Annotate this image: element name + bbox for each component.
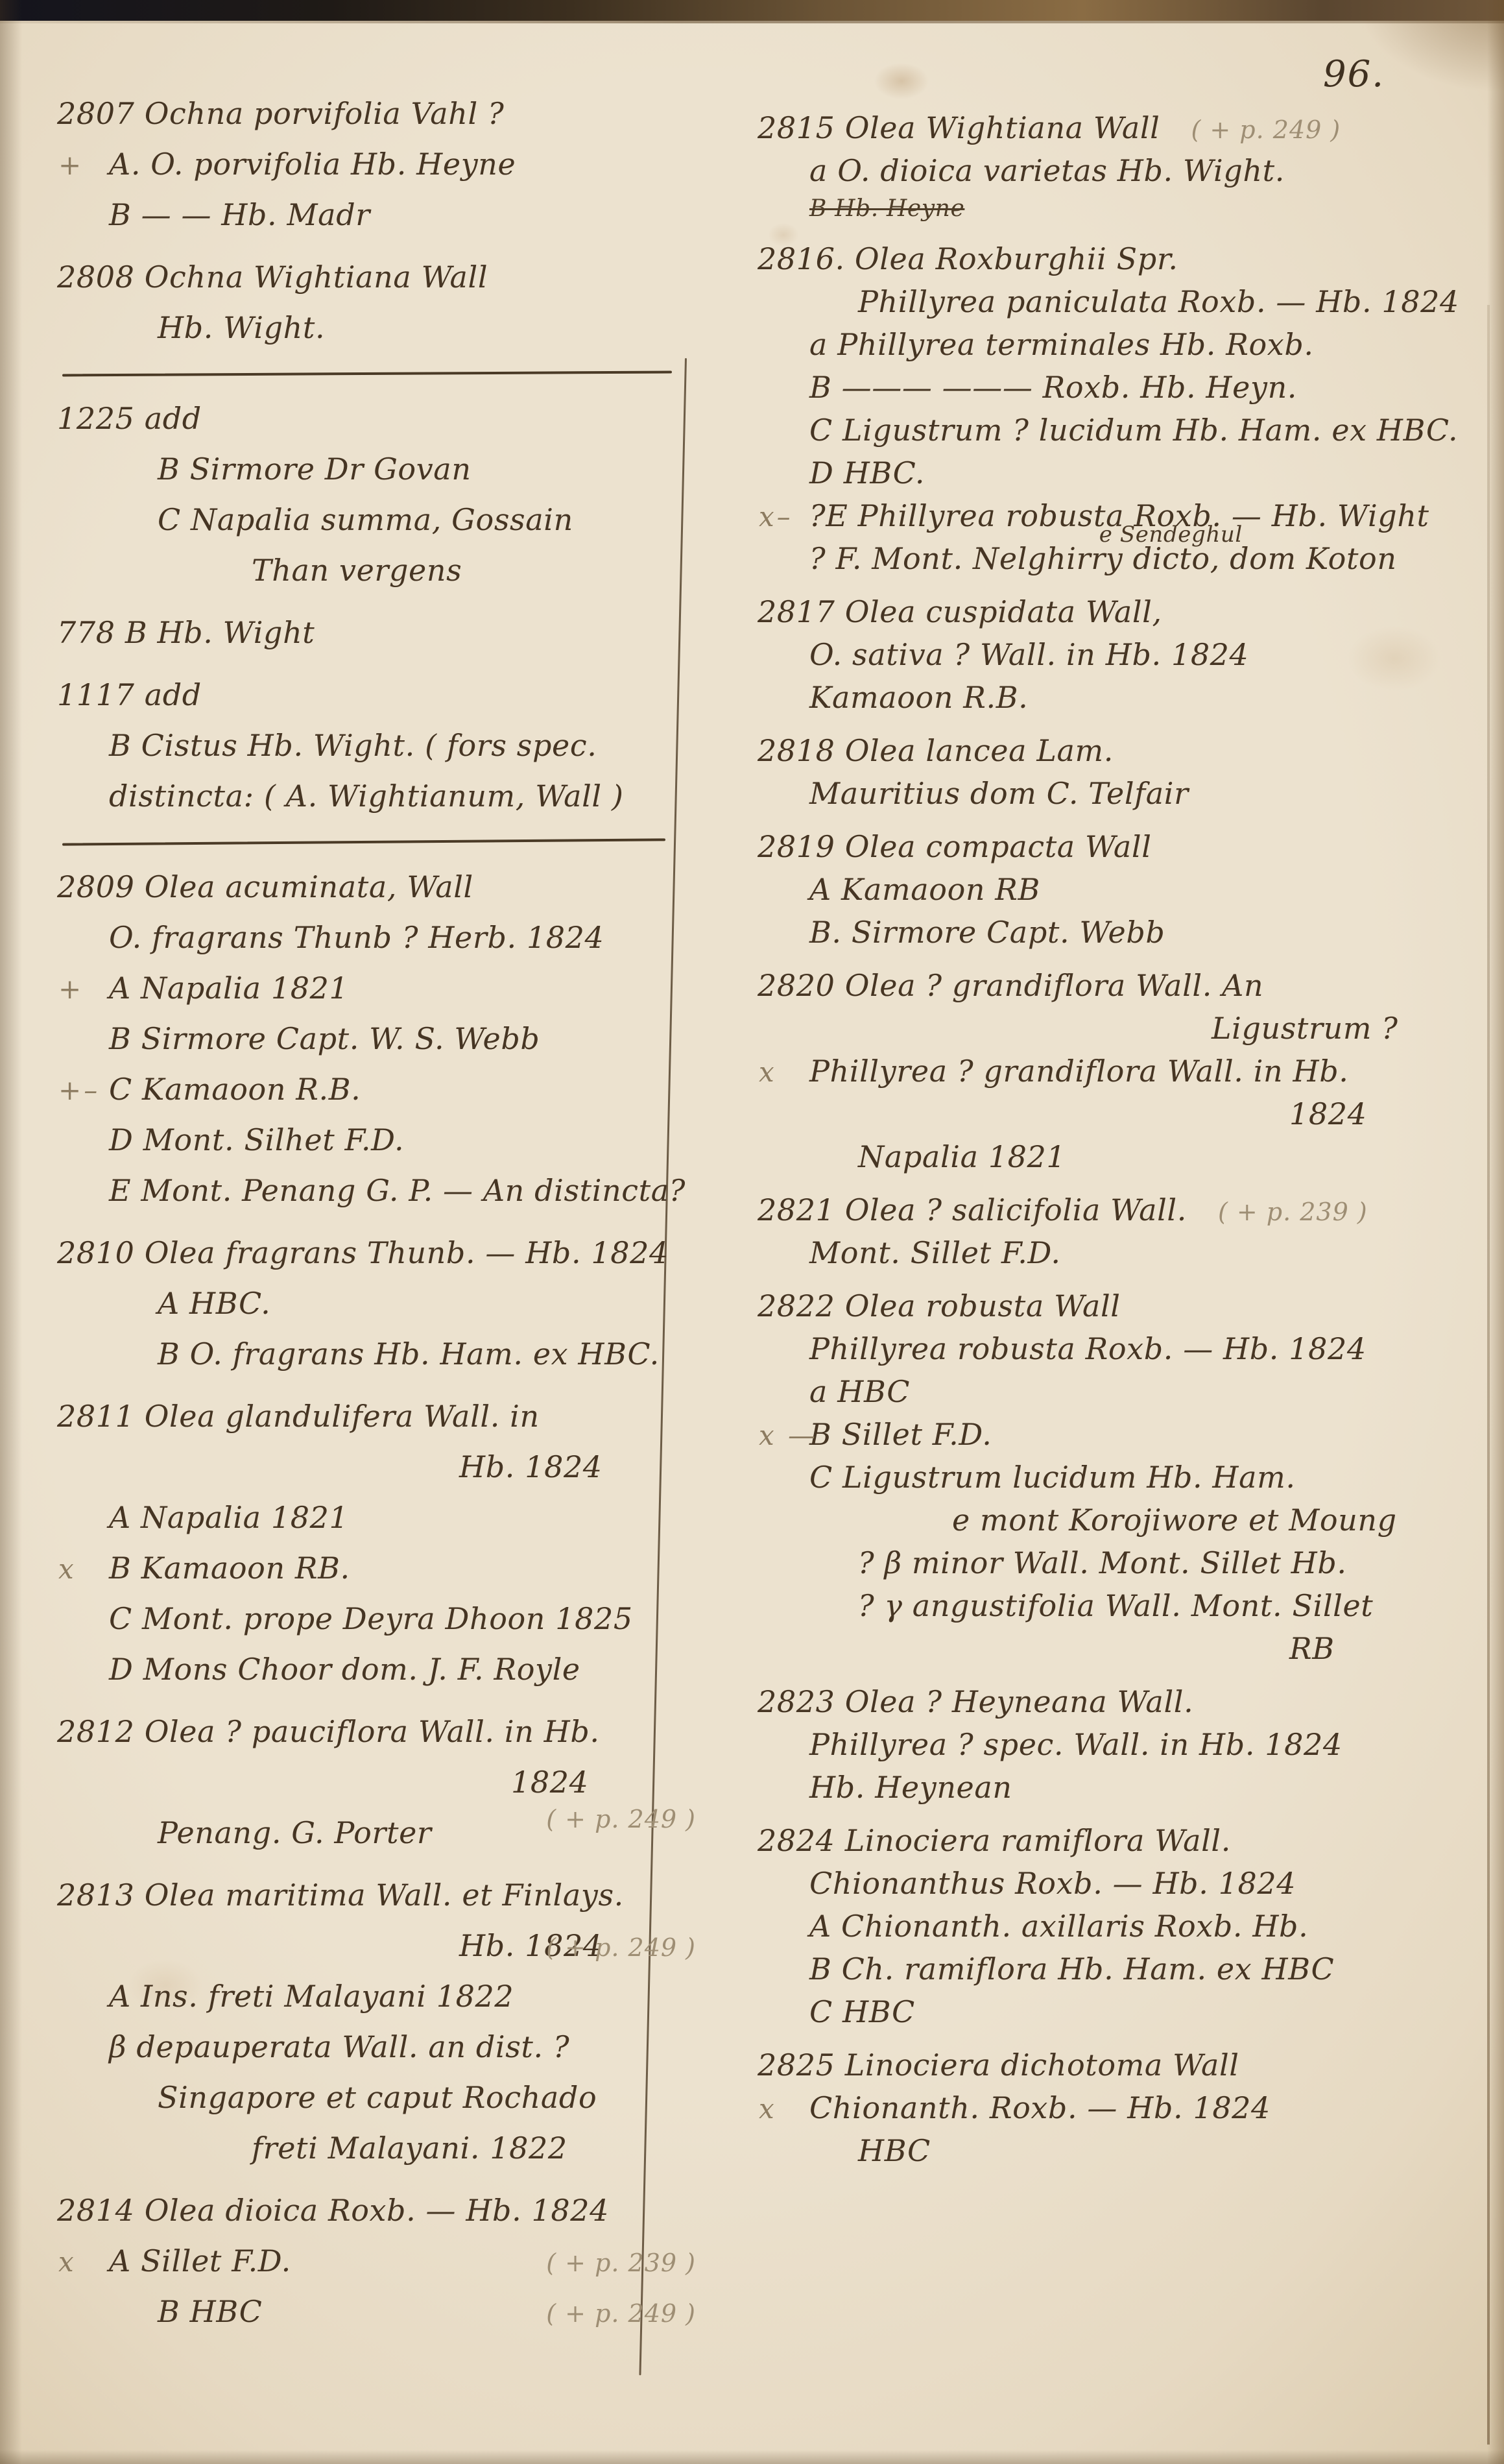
manuscript-page: 96. 2807 Ochna porvifolia Vahl ?+A. O. p… bbox=[0, 0, 1504, 2464]
line-text: A Napalia 1821 bbox=[109, 971, 348, 1006]
entry-line: β depauperata Wall. an dist. ? bbox=[57, 2029, 696, 2075]
entry-line: a Phillyrea terminales Hb. Roxb. bbox=[758, 327, 1500, 366]
entry-line: xA Sillet F.D.( + p. 239 ) bbox=[57, 2243, 696, 2289]
line-text: A Napalia 1821 bbox=[109, 1500, 348, 1535]
pencil-annotation: ( + p. 249 ) bbox=[546, 1933, 696, 1962]
catalog-entry: 2817 Olea cuspidata Wall,O. sativa ? Wal… bbox=[758, 594, 1500, 719]
line-text: B. Sirmore Capt. Webb bbox=[809, 915, 1165, 950]
catalog-entry: 2807 Ochna porvifolia Vahl ?+A. O. porvi… bbox=[57, 96, 696, 243]
entry-line: D HBC. bbox=[758, 455, 1500, 494]
line-text: B Kamaoon RB. bbox=[109, 1551, 350, 1586]
section-divider-rule bbox=[62, 838, 665, 845]
entry-line: 2810 Olea fragrans Thunb. — Hb. 1824 bbox=[57, 1235, 696, 1281]
line-text: 1824 bbox=[1289, 1096, 1367, 1131]
line-text: Mauritius dom C. Telfair bbox=[809, 776, 1189, 811]
entry-line: 2814 Olea dioica Roxb. — Hb. 1824 bbox=[57, 2193, 696, 2238]
line-text: 2813 Olea maritima Wall. et Finlays. bbox=[57, 1878, 624, 1913]
line-text: C Napalia summa, Gossain bbox=[158, 502, 573, 537]
left-column: 2807 Ochna porvifolia Vahl ?+A. O. porvi… bbox=[57, 96, 696, 2356]
entry-line: O. fragrans Thunb ? Herb. 1824 bbox=[57, 920, 696, 965]
catalog-entry: 2825 Linociera dichotoma WallxChionanth.… bbox=[758, 2047, 1500, 2172]
entry-line: B Hb. Heyne bbox=[758, 188, 1500, 227]
line-text: B HBC bbox=[158, 2294, 262, 2329]
catalog-entry: 2818 Olea lancea Lam.Mauritius dom C. Te… bbox=[758, 733, 1500, 815]
line-text: B Ch. ramiflora Hb. Ham. ex HBC bbox=[809, 1951, 1334, 1987]
margin-cross-mark: + bbox=[58, 149, 84, 181]
entry-line: a HBC bbox=[758, 1374, 1500, 1413]
line-text: 2822 Olea robusta Wall bbox=[758, 1288, 1121, 1323]
line-text: Hb. 1824 bbox=[459, 1449, 603, 1484]
margin-cross-mark: x bbox=[759, 2093, 777, 2125]
entry-line: A Ins. freti Malayani 1822 bbox=[57, 1979, 696, 2024]
pencil-annotation: ( + p. 239 ) bbox=[546, 2249, 696, 2277]
entry-line: xPhillyrea ? grandiflora Wall. in Hb. bbox=[758, 1054, 1500, 1093]
pencil-annotation: ( + p. 249 ) bbox=[1191, 115, 1341, 144]
line-text: ? β minor Wall. Mont. Sillet Hb. bbox=[858, 1545, 1347, 1580]
entry-line: B ——— ——— Roxb. Hb. Heyn. bbox=[758, 370, 1500, 409]
line-text: Hb. Wight. bbox=[158, 310, 325, 345]
entry-line: 2821 Olea ? salicifolia Wall.( + p. 239 … bbox=[758, 1192, 1500, 1231]
line-text: 2814 Olea dioica Roxb. — Hb. 1824 bbox=[57, 2193, 609, 2228]
catalog-entry: 2823 Olea ? Heyneana Wall.Phillyrea ? sp… bbox=[758, 1684, 1500, 1809]
entry-line: 2817 Olea cuspidata Wall, bbox=[758, 594, 1500, 633]
line-text: Kamaoon R.B. bbox=[809, 680, 1028, 715]
margin-cross-mark: + bbox=[58, 973, 84, 1005]
entry-line: Kamaoon R.B. bbox=[758, 680, 1500, 719]
section-divider-rule bbox=[62, 371, 672, 377]
entry-line: +A. O. porvifolia Hb. Heyne bbox=[57, 147, 696, 192]
entry-line: 2818 Olea lancea Lam. bbox=[758, 733, 1500, 772]
line-text: Singapore et caput Rochado bbox=[158, 2080, 597, 2115]
line-text: B Sirmore Dr Govan bbox=[158, 452, 471, 487]
line-text: C Mont. prope Deyra Dhoon 1825 bbox=[109, 1601, 633, 1636]
line-text: Chionanth. Roxb. — Hb. 1824 bbox=[809, 2090, 1271, 2125]
entry-line: Chionanthus Roxb. — Hb. 1824 bbox=[758, 1866, 1500, 1905]
margin-cross-mark: x– bbox=[759, 501, 793, 533]
line-text: 2824 Linociera ramiflora Wall. bbox=[758, 1823, 1231, 1858]
entry-line: B Ch. ramiflora Hb. Ham. ex HBC bbox=[758, 1951, 1500, 1990]
catalog-entry: 2822 Olea robusta WallPhillyrea robusta … bbox=[758, 1288, 1500, 1670]
entry-line: e mont Korojiwore et Moung bbox=[758, 1503, 1500, 1541]
entry-line: A Napalia 1821 bbox=[57, 1500, 696, 1545]
line-text: D Mont. Silhet F.D. bbox=[109, 1122, 404, 1157]
entry-line: ? γ angustifolia Wall. Mont. Sillet bbox=[758, 1588, 1500, 1627]
line-text: Than vergens bbox=[252, 553, 462, 588]
line-text: 2823 Olea ? Heyneana Wall. bbox=[758, 1684, 1193, 1719]
catalog-entry: 2813 Olea maritima Wall. et Finlays.Hb. … bbox=[57, 1878, 696, 2176]
line-text: a Phillyrea terminales Hb. Roxb. bbox=[809, 327, 1314, 362]
catalog-entry: 2811 Olea glandulifera Wall. inHb. 1824A… bbox=[57, 1399, 696, 1697]
catalog-entry: 2810 Olea fragrans Thunb. — Hb. 1824A HB… bbox=[57, 1235, 696, 1382]
line-text: B Hb. Heyne bbox=[809, 195, 964, 222]
line-text: 2808 Ochna Wightiana Wall bbox=[57, 260, 488, 295]
entry-line: 2808 Ochna Wightiana Wall bbox=[57, 260, 696, 305]
line-text: ? γ angustifolia Wall. Mont. Sillet bbox=[858, 1588, 1373, 1623]
catalog-entry: 2815 Olea Wightiana Wall( + p. 249 )a O.… bbox=[758, 110, 1500, 227]
entry-line: B Cistus Hb. Wight. ( fors spec. bbox=[57, 728, 696, 773]
catalog-entry: 2819 Olea compacta WallA Kamaoon RBB. Si… bbox=[758, 829, 1500, 954]
line-text: 2811 Olea glandulifera Wall. in bbox=[57, 1399, 540, 1434]
entry-line: 2813 Olea maritima Wall. et Finlays. bbox=[57, 1878, 696, 1923]
line-text: Hb. Heynean bbox=[809, 1770, 1012, 1805]
line-text: A Kamaoon RB bbox=[809, 872, 1040, 907]
entry-line: +–C Kamaoon R.B. bbox=[57, 1072, 696, 1117]
line-text: HBC bbox=[858, 2133, 931, 2168]
entry-line: C Napalia summa, Gossain bbox=[57, 502, 696, 548]
entry-line: B HBC( + p. 249 ) bbox=[57, 2294, 696, 2339]
entry-line: 2824 Linociera ramiflora Wall. bbox=[758, 1823, 1500, 1862]
catalog-entry: 1117 addB Cistus Hb. Wight. ( fors spec.… bbox=[57, 677, 696, 824]
line-text: A. O. porvifolia Hb. Heyne bbox=[109, 147, 516, 182]
entry-line: 1824 bbox=[758, 1096, 1500, 1135]
entry-line: ? F. Mont. Nelghirry dicto, dom Kotone S… bbox=[758, 541, 1500, 580]
line-text: 778 B Hb. Wight bbox=[57, 615, 315, 650]
catalog-entry: 2808 Ochna Wightiana WallHb. Wight. bbox=[57, 260, 696, 356]
line-text: 2812 Olea ? pauciflora Wall. in Hb. bbox=[57, 1714, 600, 1749]
entry-line: a O. dioica varietas Hb. Wight. bbox=[758, 153, 1500, 192]
margin-cross-mark: +– bbox=[58, 1074, 100, 1106]
line-text: E Mont. Penang G. P. — An distincta? bbox=[109, 1173, 686, 1208]
entry-line: 2807 Ochna porvifolia Vahl ? bbox=[57, 96, 696, 141]
entry-line: C HBC bbox=[758, 1994, 1500, 2033]
line-text: 1824 bbox=[511, 1765, 588, 1800]
entry-line: 2816. Olea Roxburghii Spr. bbox=[758, 241, 1500, 280]
margin-cross-mark: x bbox=[58, 1553, 77, 1585]
entry-line: Phillyrea ? spec. Wall. in Hb. 1824 bbox=[758, 1727, 1500, 1766]
entry-line: 2825 Linociera dichotoma Wall bbox=[758, 2047, 1500, 2086]
line-text: 1225 add bbox=[57, 401, 202, 436]
entry-line: Than vergens bbox=[57, 553, 696, 598]
line-text: 2817 Olea cuspidata Wall, bbox=[758, 594, 1162, 629]
entry-line: 2822 Olea robusta Wall bbox=[758, 1288, 1500, 1327]
entry-line: 2812 Olea ? pauciflora Wall. in Hb. bbox=[57, 1714, 696, 1759]
entry-line: Penang. G. Porter bbox=[57, 1815, 696, 1861]
entry-line: xChionanth. Roxb. — Hb. 1824 bbox=[758, 2090, 1500, 2129]
catalog-entry: 2812 Olea ? pauciflora Wall. in Hb.1824(… bbox=[57, 1714, 696, 1861]
entry-line: A HBC. bbox=[57, 1286, 696, 1331]
line-text: Phillyrea ? grandiflora Wall. in Hb. bbox=[809, 1054, 1348, 1089]
line-text: C Ligustrum lucidum Hb. Ham. bbox=[809, 1460, 1296, 1495]
line-text: 2809 Olea acuminata, Wall bbox=[57, 869, 473, 904]
line-text: Penang. G. Porter bbox=[158, 1815, 432, 1850]
entry-line: O. sativa ? Wall. in Hb. 1824 bbox=[758, 637, 1500, 676]
page-left-edge-shadow bbox=[0, 0, 22, 2464]
line-text: Ligustrum ? bbox=[1212, 1011, 1398, 1046]
line-text: Phillyrea robusta Roxb. — Hb. 1824 bbox=[809, 1331, 1367, 1366]
entry-line: 1117 add bbox=[57, 677, 696, 723]
line-text: A Chionanth. axillaris Roxb. Hb. bbox=[809, 1909, 1308, 1944]
entry-line: B. Sirmore Capt. Webb bbox=[758, 915, 1500, 954]
line-text: RB bbox=[1289, 1631, 1335, 1666]
entry-line: B Sirmore Capt. W. S. Webb bbox=[57, 1021, 696, 1067]
line-text: 2810 Olea fragrans Thunb. — Hb. 1824 bbox=[57, 1235, 669, 1270]
line-text: 2819 Olea compacta Wall bbox=[758, 829, 1152, 864]
line-text: B ——— ——— Roxb. Hb. Heyn. bbox=[809, 370, 1297, 405]
entry-line: C Ligustrum lucidum Hb. Ham. bbox=[758, 1460, 1500, 1499]
line-text: B — — Hb. Madr bbox=[109, 197, 370, 232]
scanned-manuscript-screenshot: 96. 2807 Ochna porvifolia Vahl ?+A. O. p… bbox=[0, 0, 1504, 2464]
line-text: 2815 Olea Wightiana Wall bbox=[758, 110, 1160, 145]
line-text: Phillyrea ? spec. Wall. in Hb. 1824 bbox=[809, 1727, 1343, 1762]
interline-insertion: e Sendeghul bbox=[1099, 522, 1243, 548]
entry-line: Hb. Heynean bbox=[758, 1770, 1500, 1809]
catalog-entry: 2809 Olea acuminata, WallO. fragrans Thu… bbox=[57, 869, 696, 1218]
line-text: D Mons Choor dom. J. F. Royle bbox=[109, 1652, 580, 1687]
line-text: Chionanthus Roxb. — Hb. 1824 bbox=[809, 1866, 1296, 1901]
line-text: 2818 Olea lancea Lam. bbox=[758, 733, 1114, 768]
line-text: O. fragrans Thunb ? Herb. 1824 bbox=[109, 920, 604, 955]
line-text: Napalia 1821 bbox=[858, 1139, 1066, 1174]
entry-line: +A Napalia 1821 bbox=[57, 971, 696, 1016]
entry-line: Phillyrea robusta Roxb. — Hb. 1824 bbox=[758, 1331, 1500, 1370]
line-text: 2816. Olea Roxburghii Spr. bbox=[758, 241, 1178, 276]
line-text: distincta: ( A. Wightianum, Wall ) bbox=[109, 779, 624, 814]
catalog-entry: 2821 Olea ? salicifolia Wall.( + p. 239 … bbox=[758, 1192, 1500, 1274]
entry-line: B — — Hb. Madr bbox=[57, 197, 696, 243]
entry-line: 2819 Olea compacta Wall bbox=[758, 829, 1500, 868]
line-text: B Cistus Hb. Wight. ( fors spec. bbox=[109, 728, 597, 763]
catalog-entry: 2824 Linociera ramiflora Wall.Chionanthu… bbox=[758, 1823, 1500, 2033]
line-text: B Sillet F.D. bbox=[809, 1417, 992, 1452]
line-text: B O. fragrans Hb. Ham. ex HBC. bbox=[158, 1336, 660, 1371]
line-text: Mont. Sillet F.D. bbox=[809, 1235, 1061, 1270]
entry-line: Hb. Wight. bbox=[57, 310, 696, 356]
line-text: A HBC. bbox=[158, 1286, 270, 1321]
margin-cross-mark: x bbox=[759, 1056, 777, 1088]
entry-line: 2815 Olea Wightiana Wall( + p. 249 ) bbox=[758, 110, 1500, 149]
margin-cross-mark: x — bbox=[759, 1419, 818, 1451]
pencil-annotation: ( + p. 249 ) bbox=[546, 2299, 696, 2328]
line-text: 1117 add bbox=[57, 677, 202, 712]
page-number: 96. bbox=[1323, 53, 1385, 95]
right-column: 2815 Olea Wightiana Wall( + p. 249 )a O.… bbox=[758, 110, 1500, 2186]
line-text: 2825 Linociera dichotoma Wall bbox=[758, 2047, 1239, 2083]
line-text: C Kamaoon R.B. bbox=[109, 1072, 361, 1107]
entry-line: Hb. 1824 bbox=[57, 1449, 696, 1495]
entry-line: Mont. Sillet F.D. bbox=[758, 1235, 1500, 1274]
entry-line: 2811 Olea glandulifera Wall. in bbox=[57, 1399, 696, 1444]
entry-line: 2809 Olea acuminata, Wall bbox=[57, 869, 696, 915]
entry-line: 778 B Hb. Wight bbox=[57, 615, 696, 660]
line-text: Phillyrea paniculata Roxb. — Hb. 1824 bbox=[858, 284, 1459, 319]
entry-line: x —B Sillet F.D. bbox=[758, 1417, 1500, 1456]
line-text: 2807 Ochna porvifolia Vahl ? bbox=[57, 96, 504, 131]
line-text: C Ligustrum ? lucidum Hb. Ham. ex HBC. bbox=[809, 413, 1458, 448]
page-bottom-edge-shadow bbox=[0, 2450, 1504, 2464]
margin-cross-mark: x bbox=[58, 2246, 77, 2278]
entry-line: ? β minor Wall. Mont. Sillet Hb. bbox=[758, 1545, 1500, 1584]
line-text: O. sativa ? Wall. in Hb. 1824 bbox=[809, 637, 1248, 672]
entry-line: HBC bbox=[758, 2133, 1500, 2172]
catalog-entry: 2814 Olea dioica Roxb. — Hb. 1824xA Sill… bbox=[57, 2193, 696, 2339]
line-text: β depauperata Wall. an dist. ? bbox=[109, 2029, 569, 2064]
entry-line: Singapore et caput Rochado bbox=[57, 2080, 696, 2125]
entry-line: E Mont. Penang G. P. — An distincta? bbox=[57, 1173, 696, 1218]
entry-line: Mauritius dom C. Telfair bbox=[758, 776, 1500, 815]
entry-line: freti Malayani. 1822 bbox=[57, 2131, 696, 2176]
entry-line: 1225 add bbox=[57, 401, 696, 446]
entry-line: Hb. 1824( + p. 249 ) bbox=[57, 1928, 696, 1974]
entry-line: C Mont. prope Deyra Dhoon 1825 bbox=[57, 1601, 696, 1647]
line-text: A Ins. freti Malayani 1822 bbox=[109, 1979, 514, 2014]
entry-line: D Mons Choor dom. J. F. Royle bbox=[57, 1652, 696, 1697]
line-text: freti Malayani. 1822 bbox=[252, 2131, 567, 2166]
entry-line: Phillyrea paniculata Roxb. — Hb. 1824 bbox=[758, 284, 1500, 323]
line-text: 2820 Olea ? grandiflora Wall. An bbox=[758, 968, 1263, 1003]
entry-line: A Kamaoon RB bbox=[758, 872, 1500, 911]
line-text: C HBC bbox=[809, 1994, 915, 2029]
page-top-edge bbox=[0, 0, 1504, 21]
catalog-entry: 2816. Olea Roxburghii Spr.Phillyrea pani… bbox=[758, 241, 1500, 580]
entry-line: D Mont. Silhet F.D. bbox=[57, 1122, 696, 1168]
catalog-entry: 778 B Hb. Wight bbox=[57, 615, 696, 660]
line-text: a O. dioica varietas Hb. Wight. bbox=[809, 153, 1285, 188]
entry-line: Ligustrum ? bbox=[758, 1011, 1500, 1050]
line-text: e mont Korojiwore et Moung bbox=[952, 1503, 1397, 1538]
entry-line: 1824( + p. 249 ) bbox=[57, 1765, 696, 1810]
entry-line: B O. fragrans Hb. Ham. ex HBC. bbox=[57, 1336, 696, 1382]
entry-line: Napalia 1821 bbox=[758, 1139, 1500, 1178]
line-text: B Sirmore Capt. W. S. Webb bbox=[109, 1021, 540, 1056]
entry-line: A Chionanth. axillaris Roxb. Hb. bbox=[758, 1909, 1500, 1948]
line-text: A Sillet F.D. bbox=[109, 2243, 291, 2278]
line-text: D HBC. bbox=[809, 455, 925, 490]
catalog-entry: 2820 Olea ? grandiflora Wall. AnLigustru… bbox=[758, 968, 1500, 1178]
catalog-entry: 1225 addB Sirmore Dr GovanC Napalia summ… bbox=[57, 401, 696, 598]
line-text: a HBC bbox=[809, 1374, 910, 1409]
entry-line: RB bbox=[758, 1631, 1500, 1670]
entry-line: B Sirmore Dr Govan bbox=[57, 452, 696, 497]
entry-line: xB Kamaoon RB. bbox=[57, 1551, 696, 1596]
line-text: 2821 Olea ? salicifolia Wall. bbox=[758, 1192, 1187, 1227]
entry-line: 2823 Olea ? Heyneana Wall. bbox=[758, 1684, 1500, 1723]
entry-line: 2820 Olea ? grandiflora Wall. An bbox=[758, 968, 1500, 1007]
entry-line: distincta: ( A. Wightianum, Wall ) bbox=[57, 779, 696, 824]
pencil-annotation: ( + p. 239 ) bbox=[1218, 1198, 1368, 1226]
entry-line: C Ligustrum ? lucidum Hb. Ham. ex HBC. bbox=[758, 413, 1500, 452]
